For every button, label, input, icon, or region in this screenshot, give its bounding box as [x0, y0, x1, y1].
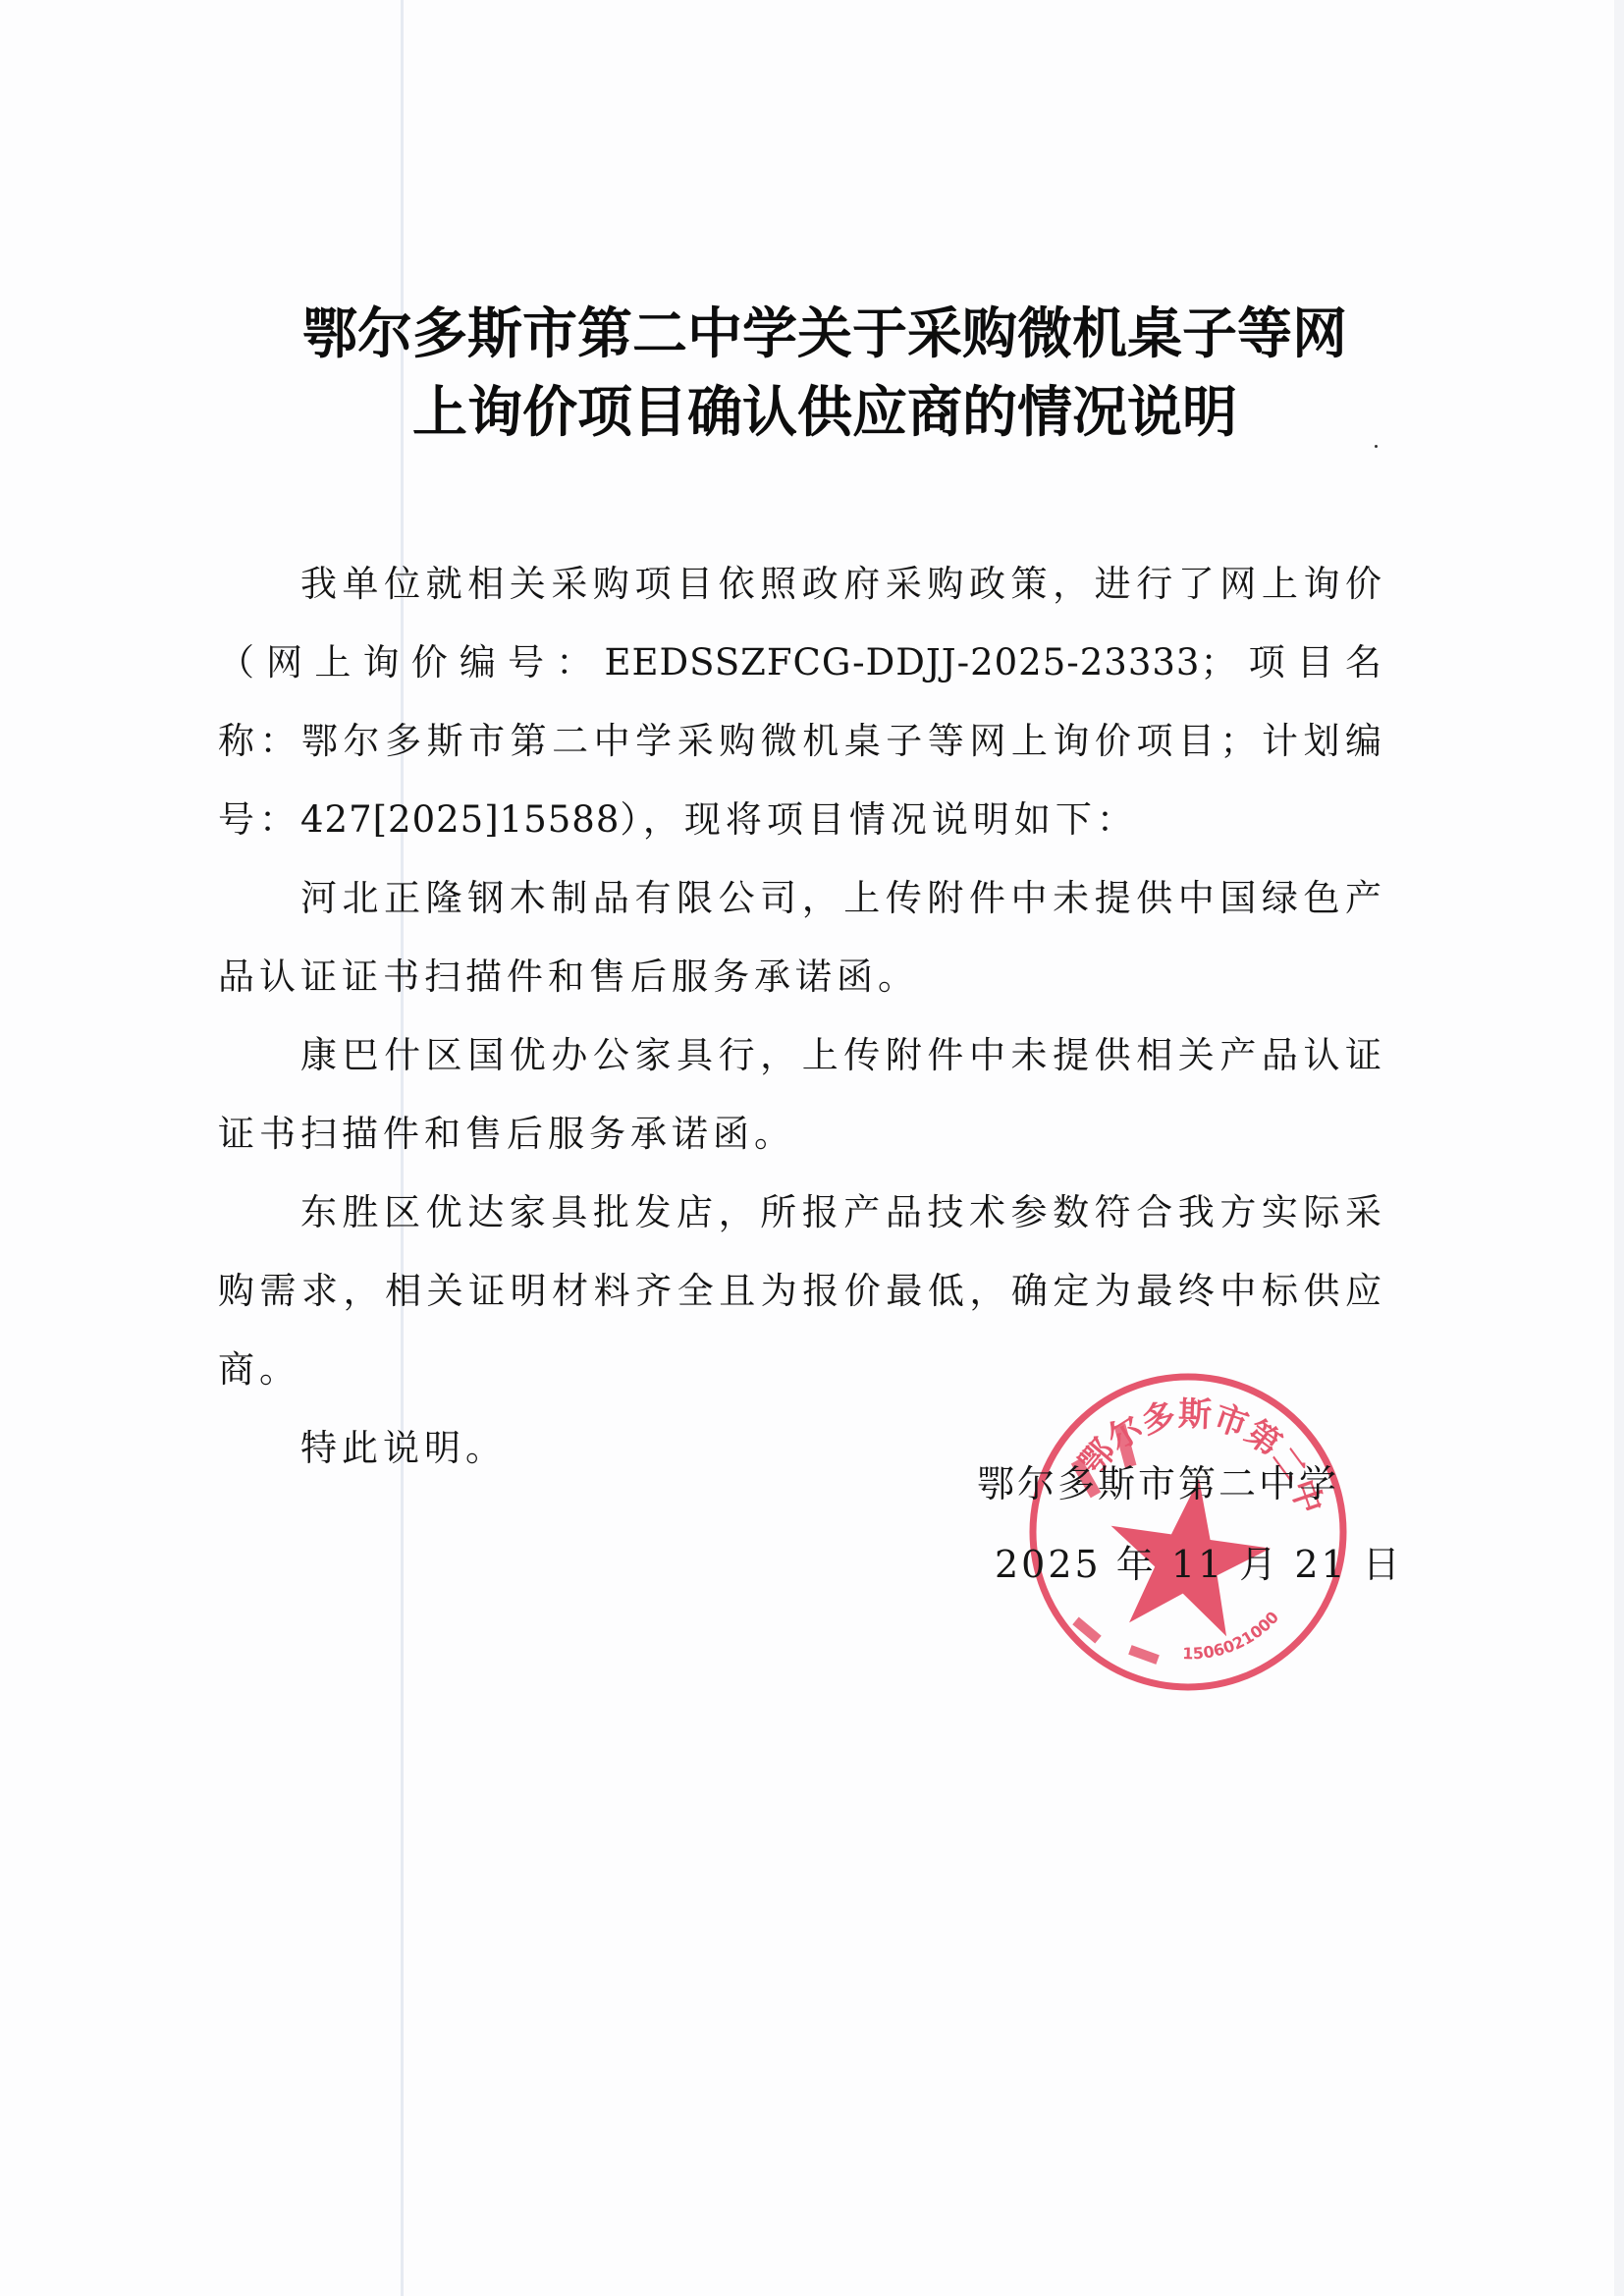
inquiry-number: EEDSSZFCG-DDJJ-2025-23333: [604, 641, 1200, 683]
title-line-1: 鄂尔多斯市第二中学关于采购微机桌子等网: [245, 295, 1404, 373]
document-body: 我单位就相关采购项目依照政府采购政策，进行了网上询价（网上询价编号：EEDSSZ…: [218, 545, 1386, 1488]
paragraph-supplier-2: 康巴什区国优办公家具行，上传附件中未提供相关产品认证证书扫描件和售后服务承诺函。: [218, 1016, 1386, 1174]
scan-edge-shadow: [1614, 0, 1624, 2296]
paragraph-supplier-1: 河北正隆钢木制品有限公司，上传附件中未提供中国绿色产品认证证书扫描件和售后服务承…: [218, 859, 1386, 1016]
signature-block: 鄂尔多斯市第二中学 2025 年 11 月 21 日: [977, 1444, 1389, 1605]
intro-text-end: ），现将项目情况说明如下：: [620, 798, 1138, 841]
title-line-2: 上询价项目确认供应商的情况说明: [245, 373, 1404, 452]
plan-number: 427[2025]15588: [300, 798, 620, 841]
signing-organization: 鄂尔多斯市第二中学: [977, 1444, 1389, 1524]
document-title: 鄂尔多斯市第二中学关于采购微机桌子等网 上询价项目确认供应商的情况说明: [245, 295, 1404, 452]
paragraph-intro: 我单位就相关采购项目依照政府采购政策，进行了网上询价（网上询价编号：EEDSSZ…: [218, 545, 1386, 859]
signing-date: 2025 年 11 月 21 日: [977, 1524, 1389, 1605]
